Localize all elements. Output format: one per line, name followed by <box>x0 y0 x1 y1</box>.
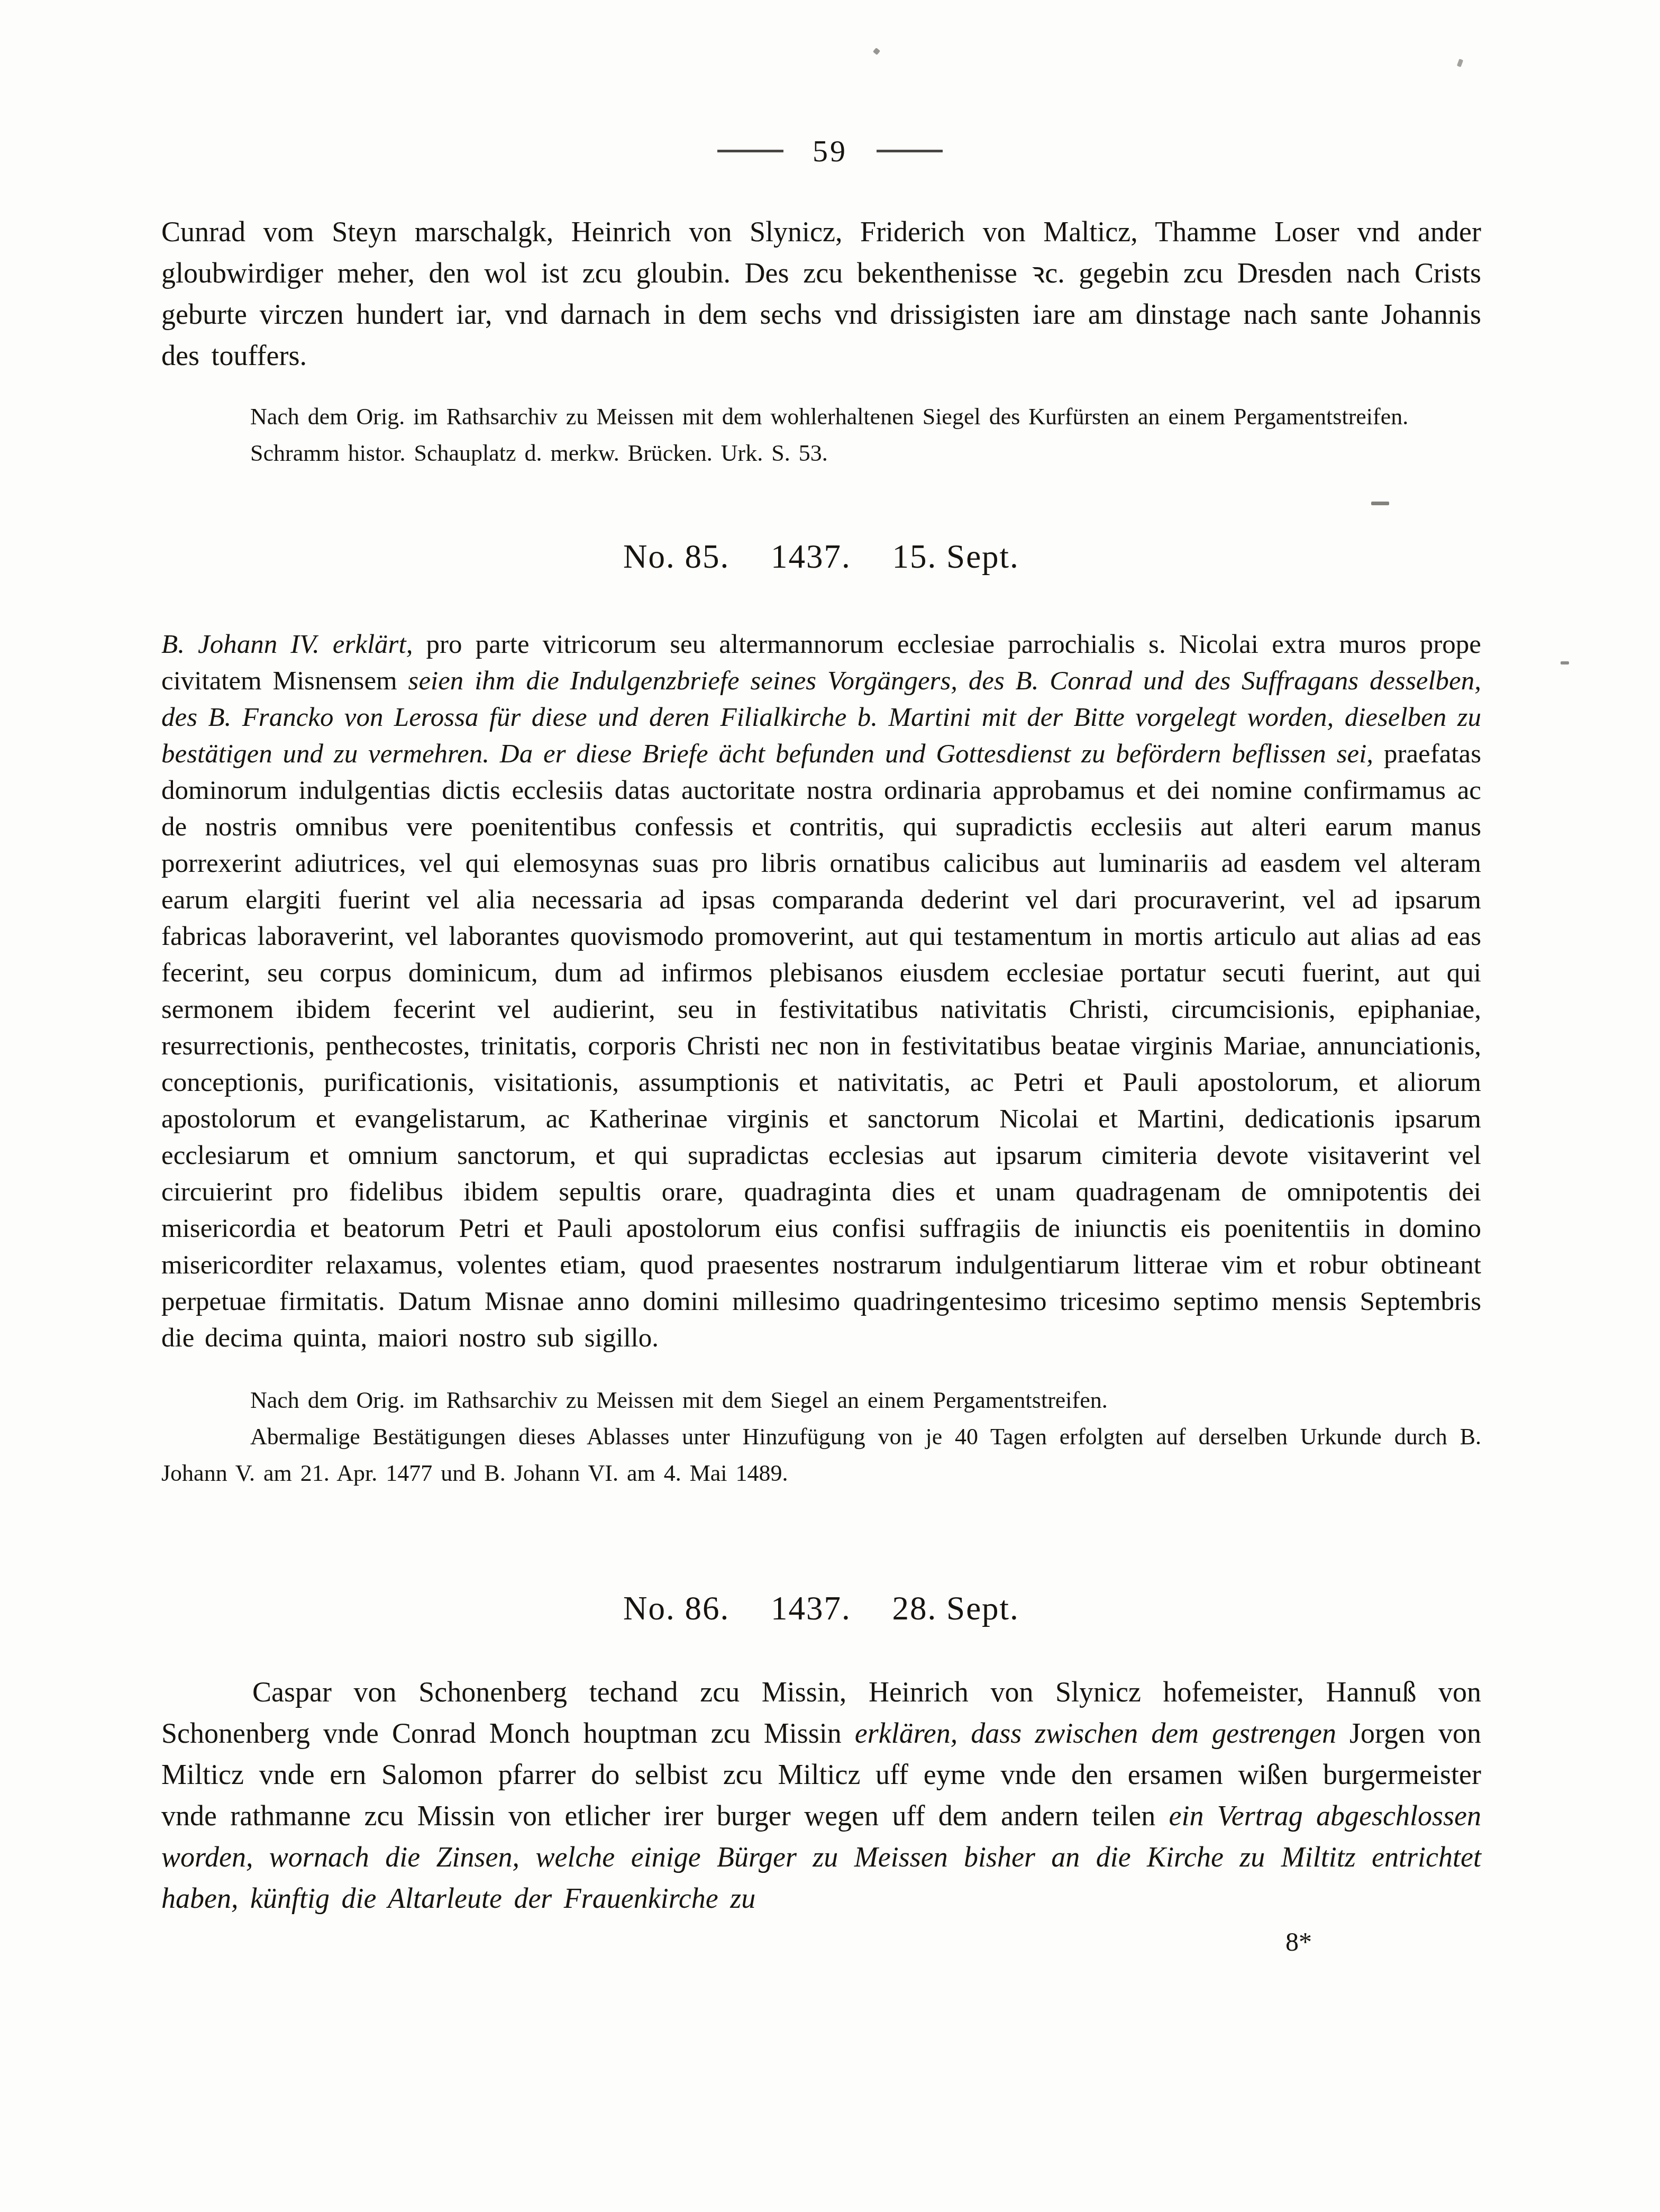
entry-86-number: No. 86. <box>623 1589 729 1628</box>
scan-speck <box>1561 661 1569 664</box>
entry-85-year: 1437. <box>771 538 851 576</box>
source-note: Nach dem Orig. im Rathsarchiv zu Meissen… <box>161 398 1481 435</box>
confirmation-note: Abermalige Bestätigungen dieses Ablasses… <box>161 1418 1481 1491</box>
entry-86-year: 1437. <box>771 1589 851 1628</box>
entry-85-date: 15. Sept. <box>892 538 1019 576</box>
header-dash-left <box>717 150 783 152</box>
page-number: 59 <box>813 133 847 169</box>
source-note: Nach dem Orig. im Rathsarchiv zu Meissen… <box>161 1382 1481 1418</box>
entry-85-body: B. Johann IV. erklärt, pro parte vitrico… <box>161 626 1481 1357</box>
entry-86-body: Caspar von Schonenberg techand zcu Missi… <box>161 1671 1481 1919</box>
entry-86-heading: No. 86. 1437. 28. Sept. <box>161 1589 1481 1628</box>
scan-speck <box>1371 502 1389 505</box>
continuation-paragraph: Cunrad vom Steyn marschalgk, Heinrich vo… <box>161 211 1481 376</box>
text-column: Cunrad vom Steyn marschalgk, Heinrich vo… <box>161 211 1481 1957</box>
source-notes-entry-85: Nach dem Orig. im Rathsarchiv zu Meissen… <box>161 1382 1481 1491</box>
entry-85-number: No. 85. <box>623 538 729 576</box>
bibliography-note: Schramm histor. Schauplatz d. merkw. Brü… <box>161 435 1481 471</box>
entry-86-date: 28. Sept. <box>892 1589 1019 1628</box>
page-header: 59 <box>0 0 1660 169</box>
document-page: 59 Cunrad vom Steyn marschalgk, Heinrich… <box>0 0 1660 1957</box>
printer-signature-mark: 8* <box>1285 1926 1481 1957</box>
entry-85-heading: No. 85. 1437. 15. Sept. <box>161 538 1481 576</box>
source-notes-entry-84: Nach dem Orig. im Rathsarchiv zu Meissen… <box>161 398 1481 471</box>
header-dash-right <box>877 150 943 152</box>
